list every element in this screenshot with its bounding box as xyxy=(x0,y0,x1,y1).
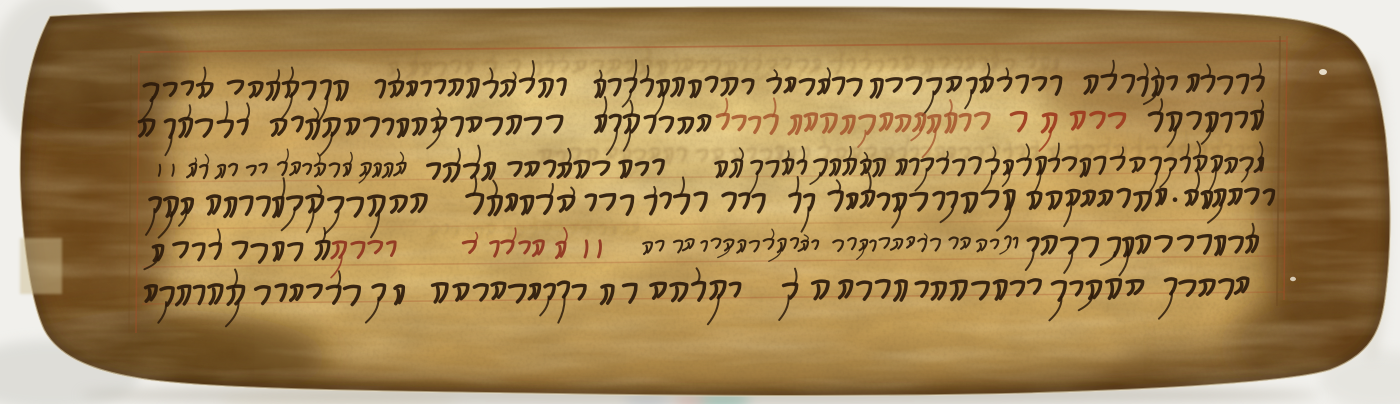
tsheg-dot xyxy=(1173,197,1178,202)
manuscript-photo-figure xyxy=(0,0,1400,404)
edge-chip xyxy=(1319,69,1327,75)
repair-patch xyxy=(20,238,62,294)
edge-chip xyxy=(1290,277,1296,281)
manuscript-page xyxy=(0,0,1400,404)
manuscript-photo xyxy=(0,0,1400,404)
